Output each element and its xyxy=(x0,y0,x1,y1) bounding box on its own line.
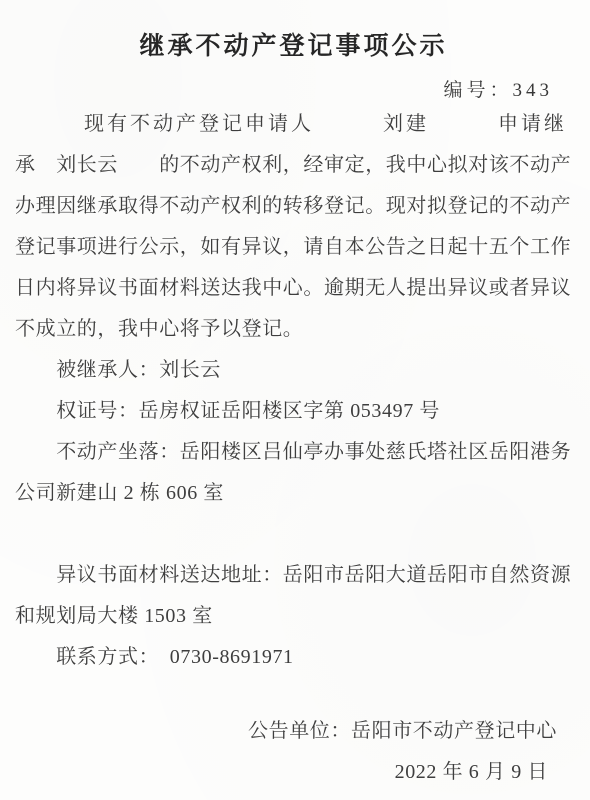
certificate-no-line: 权证号：岳房权证岳阳楼区字第 053497 号 xyxy=(15,391,572,432)
decedent-line: 被继承人：刘长云 xyxy=(15,350,572,391)
date-line: 2022 年 6 月 9 日 xyxy=(15,752,572,793)
body-line-5: 日内将异议书面材料送达我中心。逾期无人提出异议或者异议 xyxy=(15,268,572,309)
body-line-applicant: 现有不动产登记申请人 刘建 申请继 xyxy=(15,104,572,145)
body-line-3: 办理因继承取得不动产权利的转移登记。现对拟登记的不动产 xyxy=(15,186,572,227)
property-location-line2: 公司新建山 2 栋 606 室 xyxy=(15,473,572,514)
objection-address-line2: 和规划局大楼 1503 室 xyxy=(15,596,572,637)
doc-number: 编号：343 xyxy=(15,78,572,104)
body-line-decedent-ref: 承 刘长云 的不动产权利，经审定，我中心拟对该不动产 xyxy=(15,145,572,186)
notice-title: 继承不动产登记事项公示 xyxy=(15,28,572,64)
objection-address-line1: 异议书面材料送达地址：岳阳市岳阳大道岳阳市自然资源 xyxy=(15,555,572,596)
property-location-line1: 不动产坐落：岳阳楼区吕仙亭办事处慈氏塔社区岳阳港务 xyxy=(15,432,572,473)
contact-phone-line: 联系方式： 0730-8691971 xyxy=(15,637,572,678)
notice-document: 继承不动产登记事项公示编号：343 现有不动产登记申请人 刘建 申请继承 刘长云… xyxy=(0,0,590,800)
body-line-6: 不成立的，我中心将予以登记。 xyxy=(15,309,572,350)
blank-line xyxy=(15,514,572,555)
issuer-line: 公告单位：岳阳市不动产登记中心 xyxy=(15,711,572,752)
body-line-4: 登记事项进行公示，如有异议，请自本公告之日起十五个工作 xyxy=(15,227,572,268)
